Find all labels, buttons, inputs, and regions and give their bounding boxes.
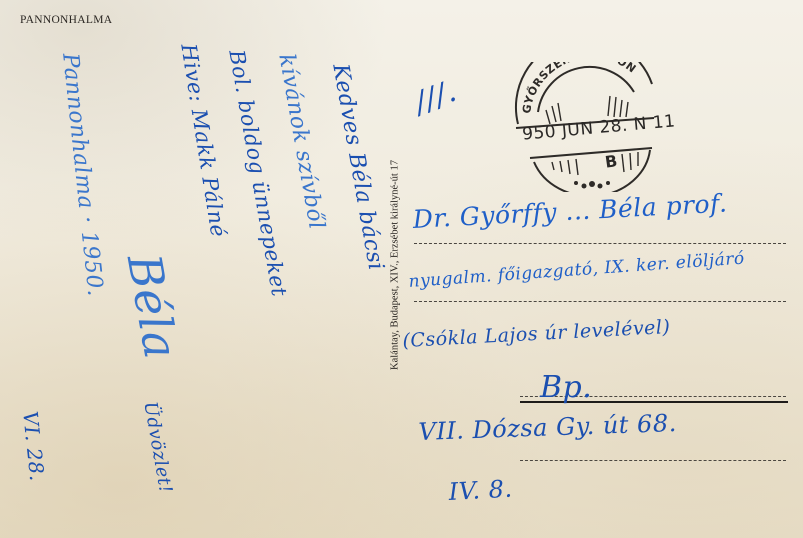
printed-place-title: PANNONHALMA bbox=[20, 14, 112, 26]
message-line-2: kívánok szívből bbox=[273, 52, 329, 232]
address-line-6-text: IV. 8. bbox=[448, 475, 513, 506]
postmark: GYŐRSZENTMÁRTON 950 JUN 28. N 11 B bbox=[512, 62, 662, 192]
address-line-4 bbox=[520, 460, 786, 461]
address-line-2-text: nyugalm. főigazgató, IX. ker. elöljáró bbox=[408, 249, 745, 292]
postmark-code: B bbox=[604, 151, 619, 172]
publisher-imprint-text: Kalántay, Budapest, XIV., Erzsébet királ… bbox=[390, 160, 401, 370]
message-line-4: Hive: Makk Pálné bbox=[176, 42, 230, 239]
address-line-3-text: (Csókla Lajos úr levelével) bbox=[402, 316, 671, 352]
message-line-6: VI. 28. bbox=[18, 410, 49, 482]
message-line-5: Pannonhalma · 1950. bbox=[57, 52, 107, 298]
address-line-4-text: Bp. bbox=[540, 370, 592, 405]
address-line-1 bbox=[414, 243, 786, 244]
message-line-1: Kedves Béla bácsi bbox=[327, 62, 388, 273]
address-line-5-text: VII. Dózsa Gy. út 68. bbox=[418, 409, 677, 446]
address-line-1-text: Dr. Győrffy ... Béla prof. bbox=[412, 189, 728, 234]
publisher-imprint: Kalántay, Budapest, XIV., Erzsébet királ… bbox=[385, 90, 405, 440]
handwritten-mark: ///. bbox=[410, 74, 461, 121]
address-line-2 bbox=[414, 301, 786, 302]
message-signature: Béla bbox=[117, 250, 188, 363]
message-line-7: Üdvözlet! bbox=[139, 400, 176, 495]
postcard: PANNONHALMA Kalántay, Budapest, XIV., Er… bbox=[0, 0, 803, 538]
